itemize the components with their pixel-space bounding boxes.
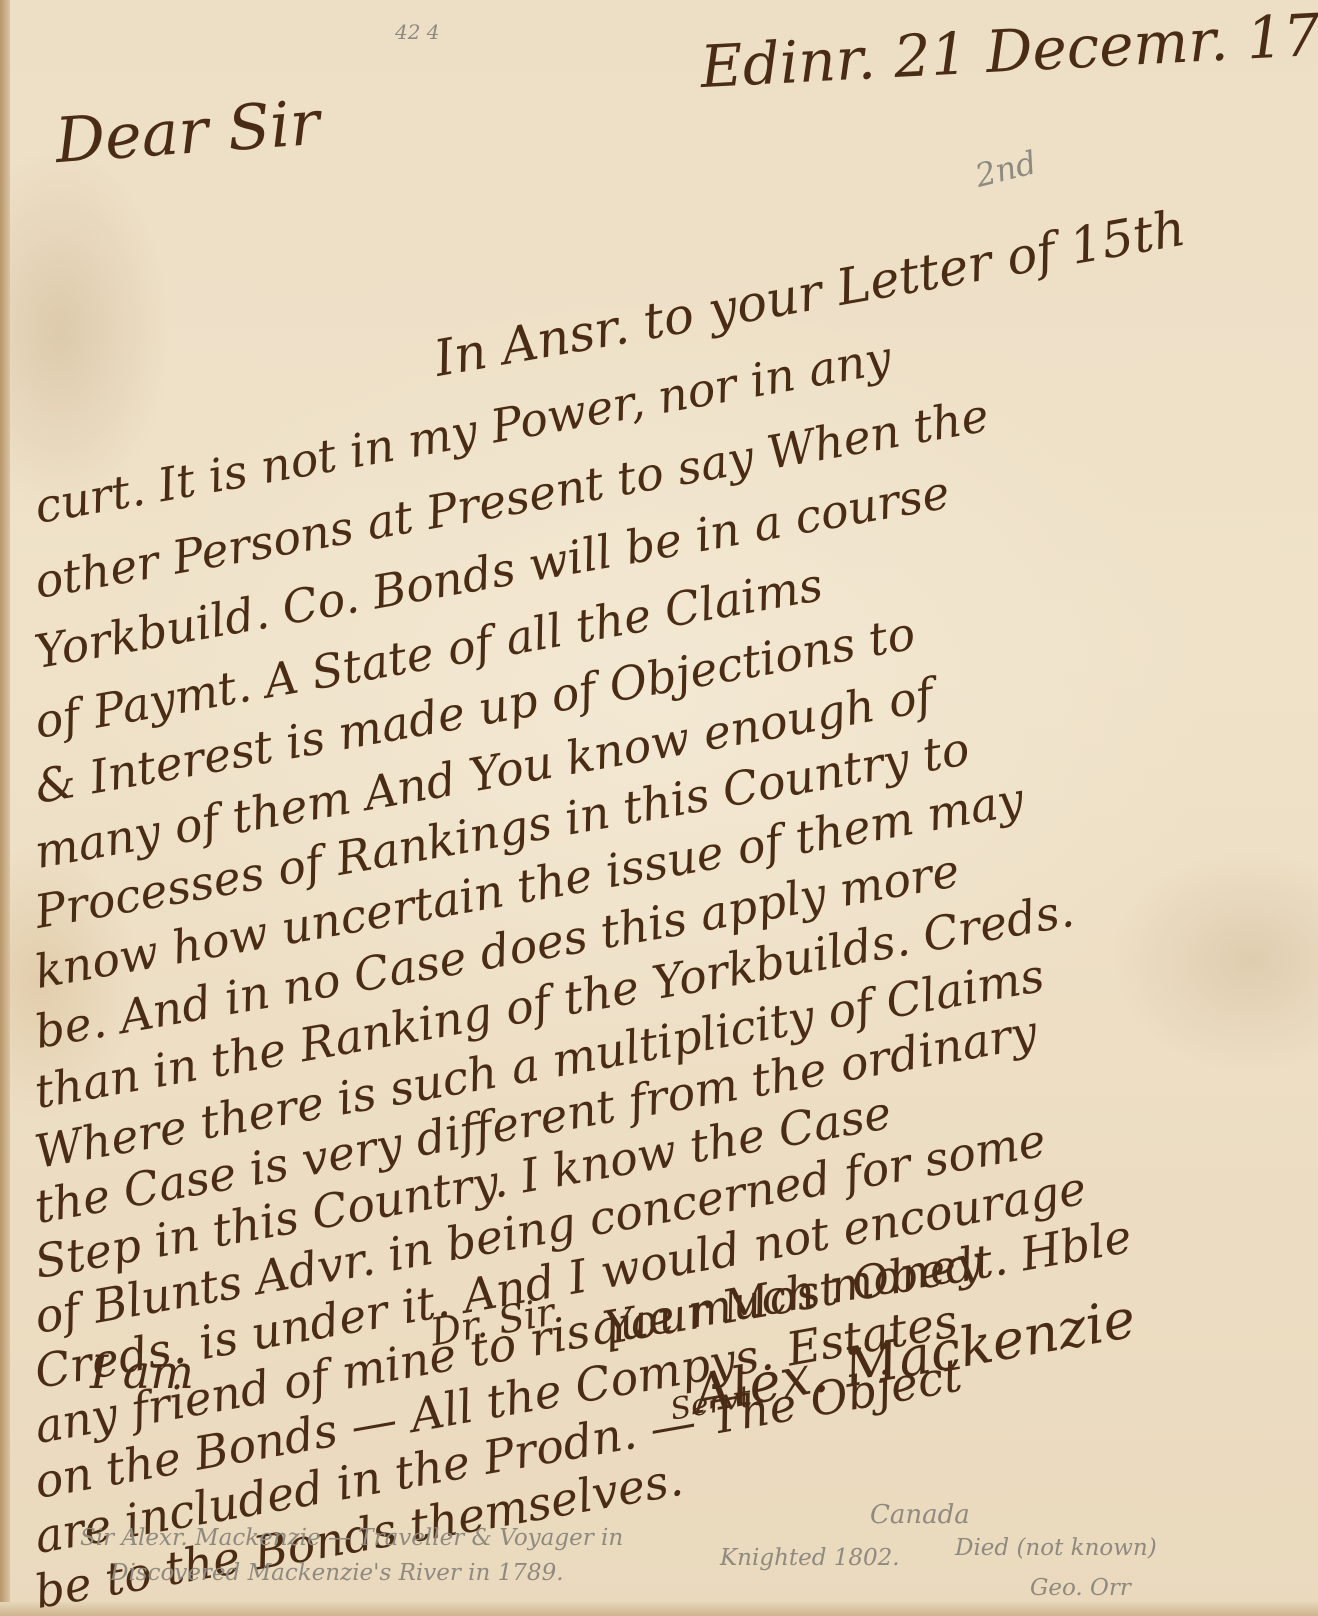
pencil-footnote-signature: Geo. Orr — [1030, 1575, 1131, 1601]
pencil-footnote-canada: Canada — [870, 1500, 970, 1530]
pencil-footnote-knighted: Knighted 1802. — [720, 1545, 900, 1571]
pencil-footnote-died: Died (not known) — [955, 1535, 1157, 1561]
paper-left-edge — [0, 0, 10, 1616]
closing-i-am: I am — [90, 1345, 194, 1399]
letter-page: 42 4 Dear Sir Edinr. 21 Decemr. 1788 2nd… — [0, 0, 1318, 1616]
pencil-folio-number: 42 4 — [395, 20, 440, 44]
pencil-footnote-line1: Sir Alexr. Mackenzie — Traveller & Voyag… — [80, 1525, 623, 1551]
pencil-footnote-line2: Discovered Mackenzie's River in 1789. — [110, 1560, 564, 1586]
salutation: Dear Sir — [53, 86, 322, 177]
dateline: Edinr. 21 Decemr. 1788 — [699, 0, 1318, 101]
paper-bottom-edge — [0, 1602, 1318, 1616]
pencil-date-correction: 2nd — [971, 143, 1040, 195]
